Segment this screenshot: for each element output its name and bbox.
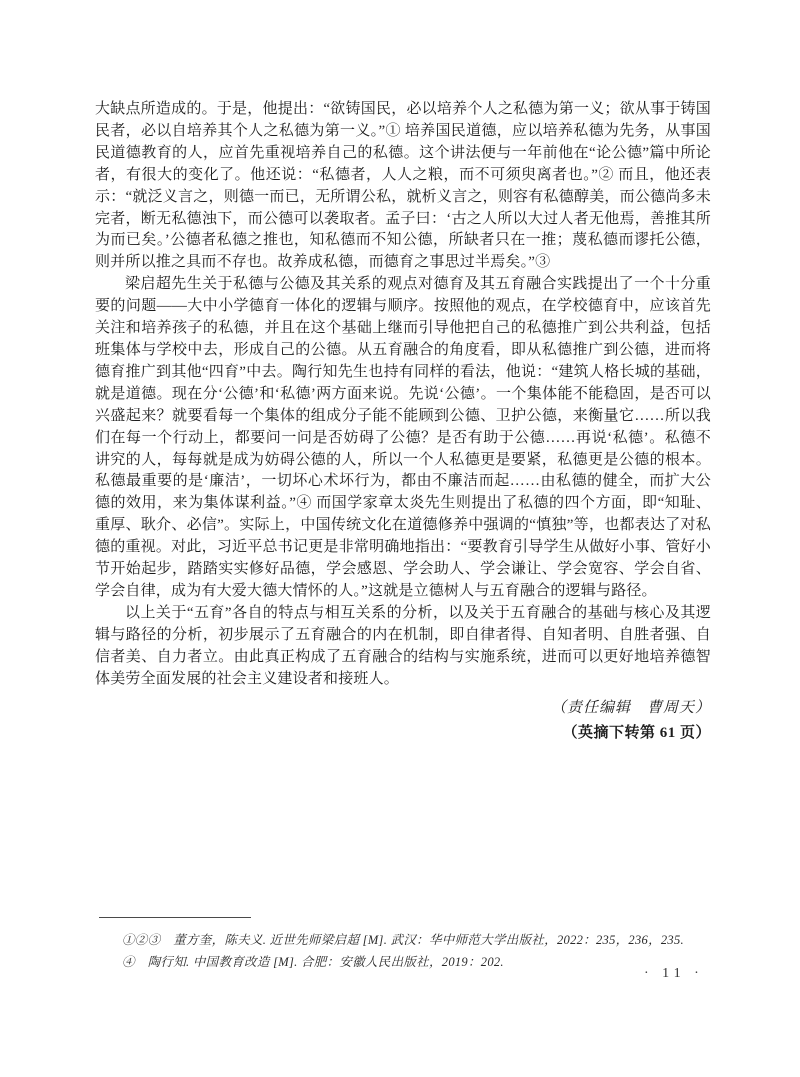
footnote-divider — [99, 917, 251, 918]
page-number: · 11 · — [644, 966, 704, 982]
responsible-editor-note: （责任编辑 曹周天） — [95, 697, 711, 719]
footnote-citation: ④ 陶行知. 中国教育改造 [M]. 合肥：安徽人民出版社，2019：202. — [95, 952, 711, 974]
journal-page: 大缺点所造成的。于是，他提出：“欲铸国民，必以培养个人之私德为第一义；欲从事于铸… — [0, 0, 800, 1077]
body-paragraph: 以上关于“五育”各自的特点与相互关系的分析，以及关于五育融合的基础与核心及其逻辑… — [95, 603, 711, 691]
body-paragraph-continued: 大缺点所造成的。于是，他提出：“欲铸国民，必以培养个人之私德为第一义；欲从事于铸… — [95, 99, 711, 274]
body-paragraph: 梁启超先生关于私德与公德及其关系的观点对德育及其五育融合实践提出了一个十分重要的… — [95, 274, 711, 603]
english-abstract-continuation-note: （英摘下转第 61 页） — [95, 721, 711, 745]
article-body: 大缺点所造成的。于是，他提出：“欲铸国民，必以培养个人之私德为第一义；欲从事于铸… — [95, 99, 711, 745]
footnote-section: ①②③ 董方奎，陈夫义. 近世先师梁启超 [M]. 武汉：华中师范大学出版社，2… — [95, 917, 711, 973]
footnote-citation: ①②③ 董方奎，陈夫义. 近世先师梁启超 [M]. 武汉：华中师范大学出版社，2… — [95, 930, 711, 952]
